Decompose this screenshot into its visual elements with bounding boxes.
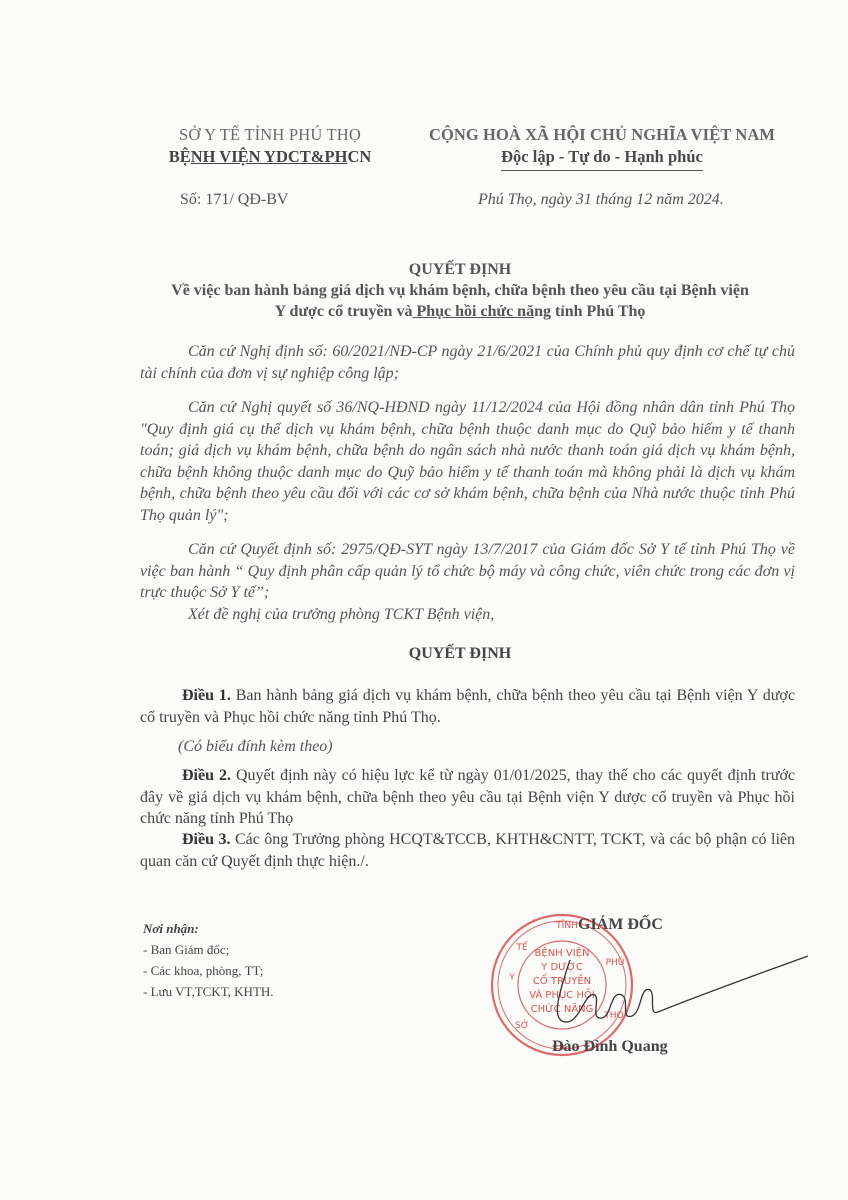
document-date: Phú Thọ, ngày 31 tháng 12 năm 2024. <box>478 191 724 209</box>
hospital-name-part: BỆ <box>169 147 191 166</box>
preamble-resolution: Căn cứ Nghị quyết số 36/NQ-HĐND ngày 11/… <box>140 397 795 526</box>
agency-name: SỞ Y TẾ TỈNH PHÚ THỌ <box>120 125 420 145</box>
recipient-item: - Ban Giám đốc; <box>143 939 274 960</box>
article-text: Các ông Trưởng phòng HCQT&TCCB, KHTH&CNT… <box>140 831 795 870</box>
article-text: Ban hành bảng giá dịch vụ khám bệnh, chữ… <box>140 687 795 726</box>
svg-text:SỞ: SỞ <box>515 1019 529 1031</box>
subtitle-part: Y dược cổ truyền và <box>275 303 413 320</box>
recipients-heading: Nơi nhận: <box>143 918 274 939</box>
hospital-name-part: NH VIỆN YDCT&PH <box>191 147 348 166</box>
svg-text:TẾ: TẾ <box>515 941 527 953</box>
svg-text:TỈNH: TỈNH <box>555 919 578 931</box>
svg-text:Y: Y <box>508 973 515 983</box>
attachment-note: (Có biểu đính kèm theo) <box>178 738 333 756</box>
country-name: CỘNG HOÀ XÃ HỘI CHỦ NGHĨA VIỆT NAM <box>402 125 802 145</box>
recipient-item: - Lưu VT,TCKT, KHTH. <box>143 981 274 1002</box>
preamble-decision: Căn cứ Quyết định số: 2975/QĐ-SYT ngày 1… <box>140 539 795 604</box>
signer-title: GIÁM ĐỐC <box>578 916 663 934</box>
article-label: Điều 1. <box>182 687 231 704</box>
preamble-proposal: Xét đề nghị của trưởng phòng TCKT Bệnh v… <box>140 604 795 626</box>
subtitle-part: Phục hồi chức nă <box>412 303 534 320</box>
title-subtitle-line1: Về việc ban hành bảng giá dịch vụ khám b… <box>120 280 800 301</box>
preamble-text: Căn cứ Nghị quyết số 36/NQ-HĐND ngày 11/… <box>140 399 795 524</box>
signer-name: Đào Đình Quang <box>552 1038 668 1056</box>
preamble-text: Căn cứ Nghị định số: 60/2021/NĐ-CP ngày … <box>140 343 795 382</box>
document-number: Số: 171/ QĐ-BV <box>180 191 288 209</box>
title-subtitle-line2: Y dược cổ truyền và Phục hồi chức năng t… <box>120 301 800 322</box>
article-label: Điều 3. <box>182 831 230 848</box>
recipient-item: - Các khoa, phòng, TT; <box>143 960 274 981</box>
issuing-authority: SỞ Y TẾ TỈNH PHÚ THỌ BỆNH VIỆN YDCT&PHCN <box>120 125 420 167</box>
article-text: Quyết định này có hiệu lực kể từ ngày 01… <box>140 767 795 827</box>
document-title: QUYẾT ĐỊNH Về việc ban hành bảng giá dịc… <box>120 259 800 322</box>
article-2: Điều 2. Quyết định này có hiệu lực kể từ… <box>140 765 795 830</box>
hospital-name-part: CN <box>347 147 371 166</box>
national-header: CỘNG HOÀ XÃ HỘI CHỦ NGHĨA VIỆT NAM Độc l… <box>402 125 802 171</box>
national-motto: Độc lập - Tự do - Hạnh phúc <box>501 147 703 171</box>
hospital-name: BỆNH VIỆN YDCT&PHCN <box>120 147 420 167</box>
signature-icon <box>540 950 810 1030</box>
article-label: Điều 2. <box>182 767 231 784</box>
preamble-decree: Căn cứ Nghị định số: 60/2021/NĐ-CP ngày … <box>140 341 795 384</box>
decision-heading: QUYẾT ĐỊNH <box>120 645 800 663</box>
title-heading: QUYẾT ĐỊNH <box>120 259 800 280</box>
preamble-text: Xét đề nghị của trưởng phòng TCKT Bệnh v… <box>188 606 494 623</box>
article-3: Điều 3. Các ông Trưởng phòng HCQT&TCCB, … <box>140 829 795 872</box>
preamble-text: Căn cứ Quyết định số: 2975/QĐ-SYT ngày 1… <box>140 541 795 601</box>
recipients-block: Nơi nhận: - Ban Giám đốc; - Các khoa, ph… <box>143 918 274 1002</box>
subtitle-part: ng tỉnh Phú Thọ <box>534 303 645 320</box>
article-1: Điều 1. Ban hành bảng giá dịch vụ khám b… <box>140 685 795 728</box>
